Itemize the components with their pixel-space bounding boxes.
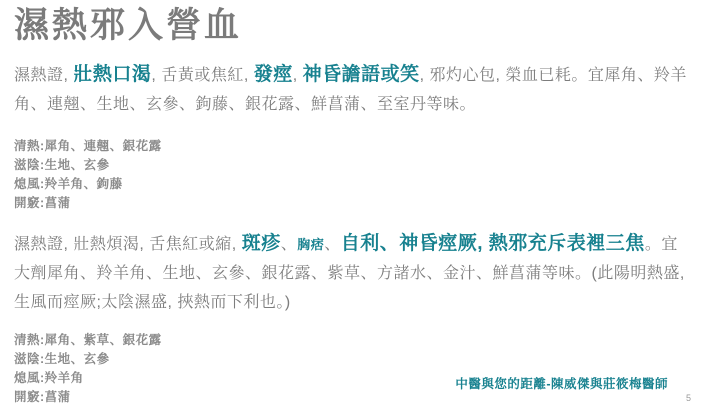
herb-list-1: 清熱:犀角、連翹、銀花露滋陰:生地、玄參熄風:羚羊角、鉤藤開竅:菖蒲 (14, 137, 690, 213)
symptom-paragraph-1: 濕熱證, 壯熱口渴, 舌黃或焦紅, 發痙, 神昏譫語或笑, 邪灼心包, 榮血已耗… (14, 60, 692, 119)
slide: 濕熱邪入營血 濕熱證, 壯熱口渴, 舌黃或焦紅, 發痙, 神昏譫語或笑, 邪灼心… (0, 0, 704, 406)
text-segment: 自利、神昏痙厥, 熱邪充斥表裡三焦 (341, 233, 645, 254)
list-item: 滋陰:生地、玄參 (14, 156, 690, 175)
text-segment: , (293, 67, 303, 84)
list-item: 熄風:羚羊角、鉤藤 (14, 175, 690, 194)
list-item: 開竅:菖蒲 (14, 194, 690, 213)
text-segment: 胸痞 (297, 237, 324, 252)
page-title: 濕熱邪入營血 (14, 6, 690, 46)
text-segment: 壯熱口渴 (73, 64, 151, 85)
text-segment: 、 (281, 236, 298, 253)
text-segment: 斑疹 (242, 233, 281, 254)
text-segment: 、 (324, 236, 341, 253)
text-segment: 濕熱證, (14, 67, 73, 84)
symptom-paragraph-2: 濕熱證, 壯熱煩渴, 舌焦紅或縮, 斑疹、胸痞、自利、神昏痙厥, 熱邪充斥表裡三… (14, 229, 692, 317)
text-segment: 神昏譫語或笑 (303, 64, 420, 85)
list-item: 清熱:犀角、連翹、銀花露 (14, 137, 690, 156)
text-segment: 濕熱證, 壯熱煩渴, 舌焦紅或縮, (14, 236, 242, 253)
text-segment: 發痙 (254, 64, 293, 85)
page-number: 5 (686, 393, 691, 403)
herb-list-2: 清熱:犀角、紫草、銀花露滋陰:生地、玄參熄風:羚羊角開竅:菖蒲 (14, 331, 690, 406)
list-item: 清熱:犀角、紫草、銀花露 (14, 331, 690, 350)
footer-credit: 中醫與您的距離-陳威傑與莊筱梅醫師 (455, 374, 668, 392)
list-item: 滋陰:生地、玄參 (14, 350, 690, 369)
text-segment: , 舌黃或焦紅, (151, 67, 253, 84)
